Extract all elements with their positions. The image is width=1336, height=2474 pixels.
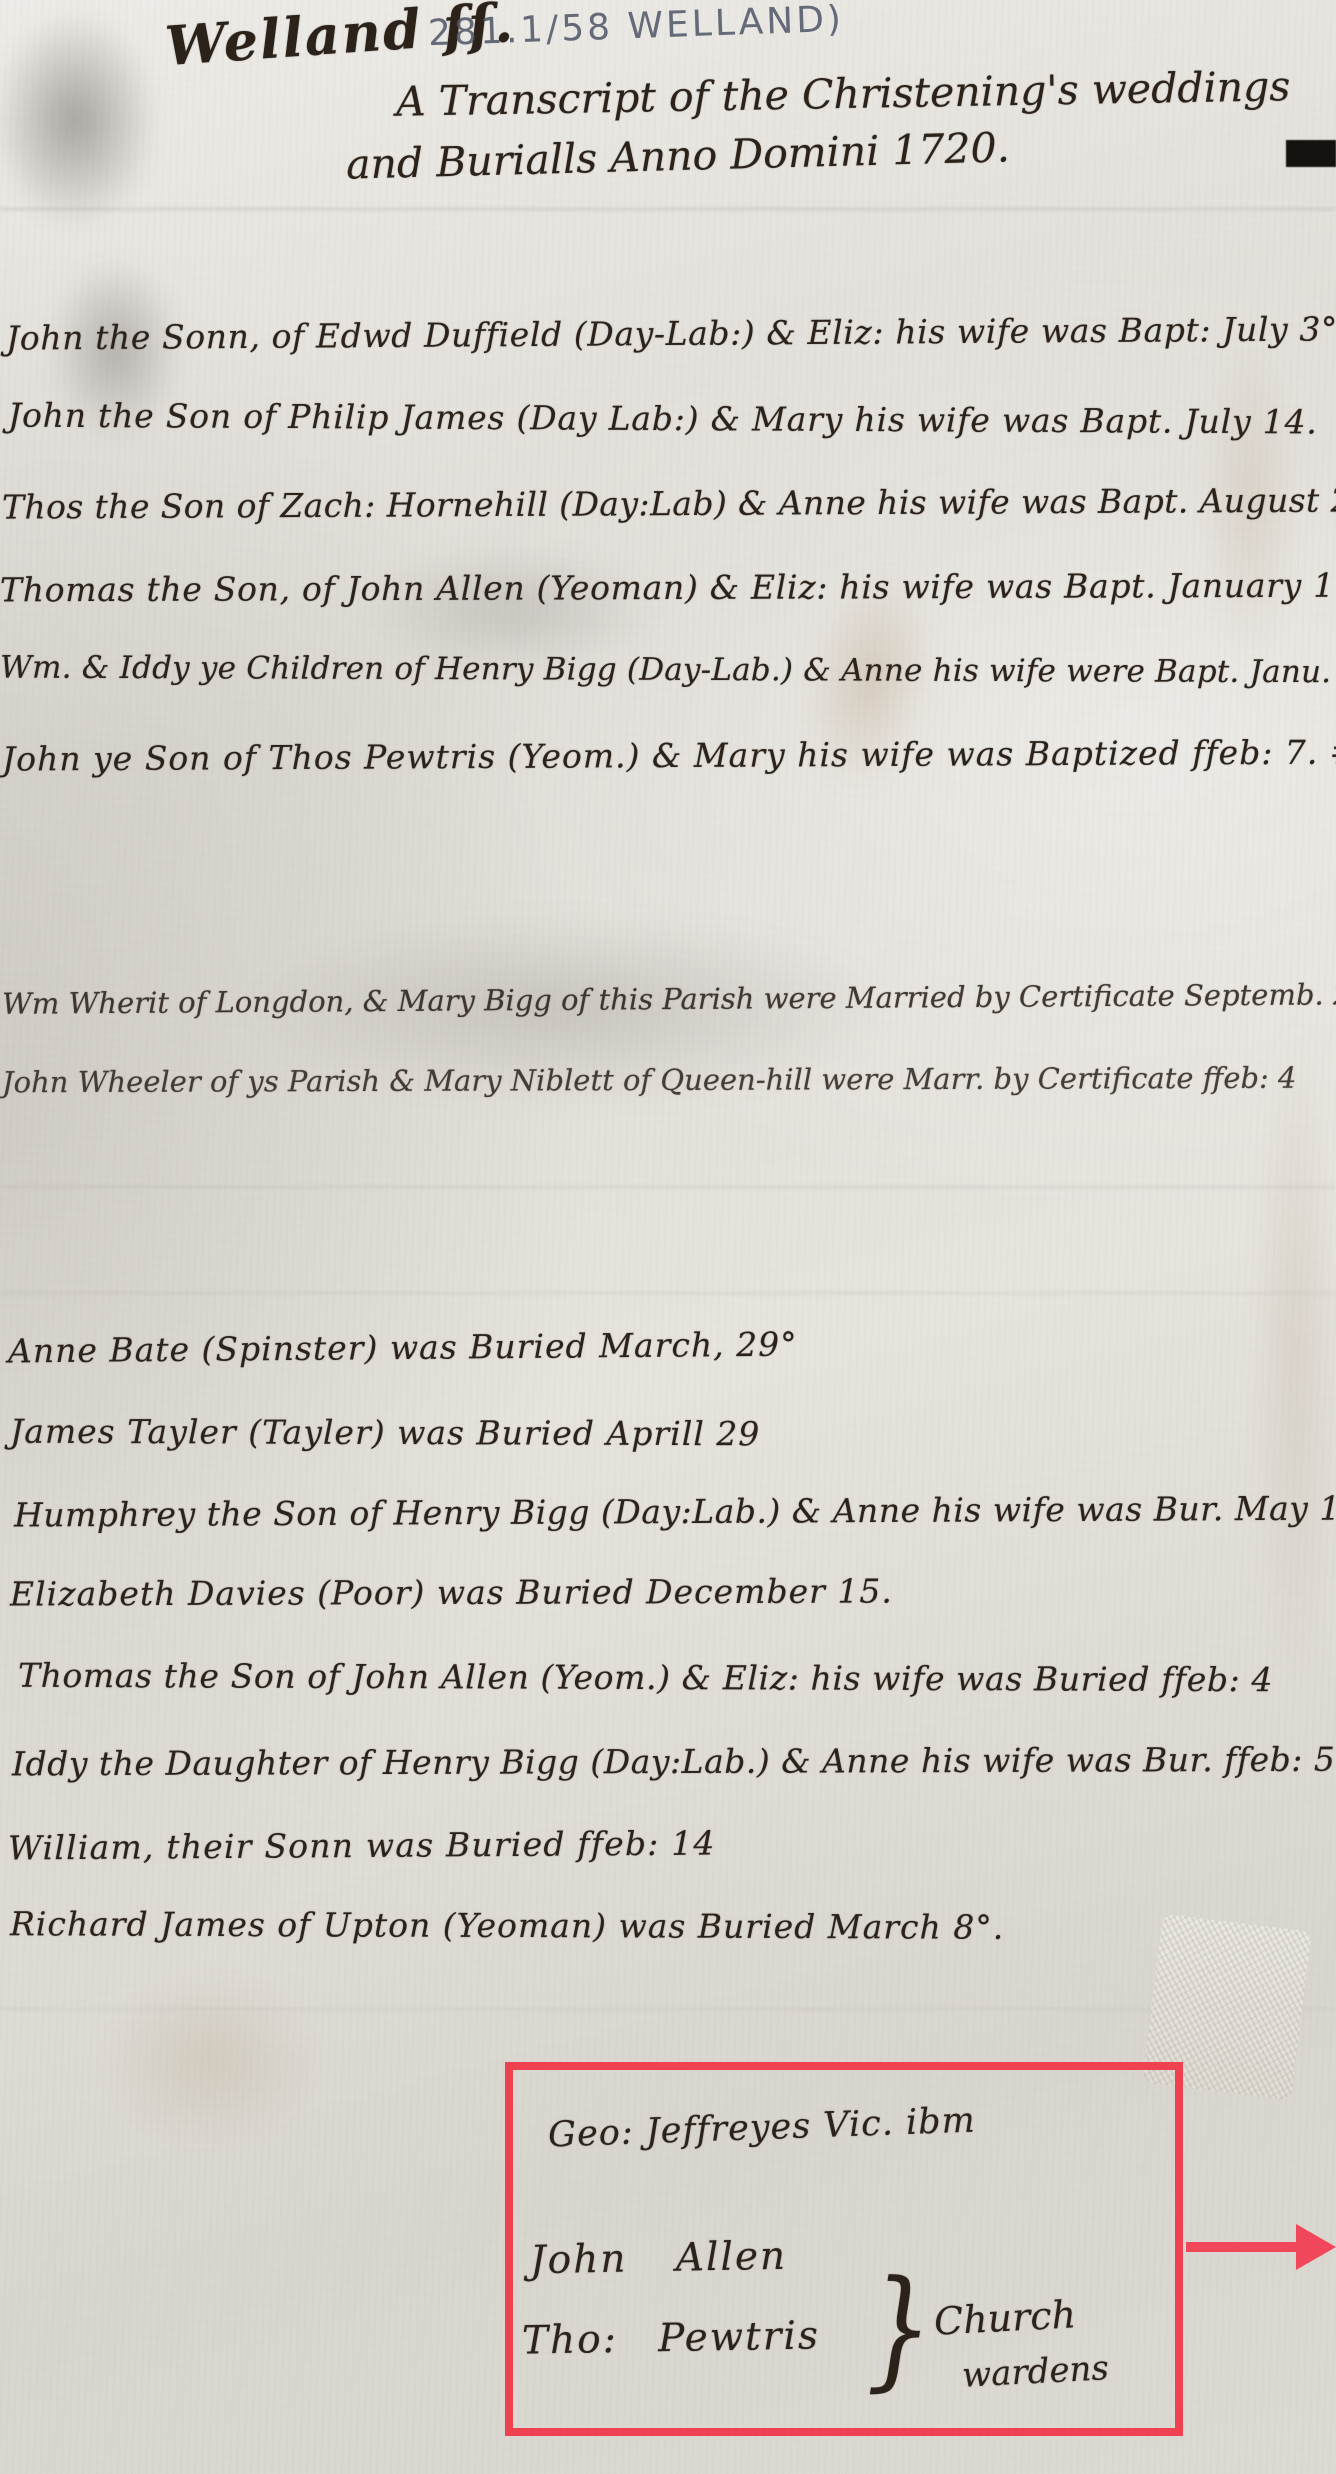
crease-line xyxy=(0,1292,1336,1296)
marriage-entry: John Wheeler of ys Parish & Mary Niblett… xyxy=(2,1061,1297,1100)
warden-signature: Tho: Pewtris xyxy=(522,2313,821,2363)
parchment-page: Welland ſſ. 281.1/58 WELLAND) A Transcri… xyxy=(0,0,1336,2474)
baptism-entry: Thomas the Son, of John Allen (Yeoman) &… xyxy=(0,566,1336,610)
stain xyxy=(60,1940,360,2180)
crease-line xyxy=(0,208,1336,212)
baptism-entry: Thos the Son of Zach: Hornehill (Day:Lab… xyxy=(2,480,1336,526)
baptism-entry: Wm. & Iddy ye Children of Henry Bigg (Da… xyxy=(0,650,1336,691)
crease-line xyxy=(0,2008,1336,2012)
signature-brace: } xyxy=(866,2252,932,2404)
burial-entry: Anne Bate (Spinster) was Buried March, 2… xyxy=(8,1325,798,1371)
baptism-entry: John the Son of Philip James (Day Lab:) … xyxy=(8,396,1318,442)
marriage-entry: Wm Wherit of Longdon, & Mary Bigg of thi… xyxy=(2,977,1336,1021)
baptism-entry: John the Sonn, of Edwd Duffield (Day-Lab… xyxy=(6,309,1336,357)
burial-entry: Humphrey the Son of Henry Bigg (Day:Lab.… xyxy=(14,1488,1336,1534)
crease-line xyxy=(0,1186,1336,1190)
annotation-arrow xyxy=(1186,2242,1302,2252)
warden-signature: John Allen xyxy=(530,2234,788,2283)
burial-entry: Iddy the Daughter of Henry Bigg (Day:Lab… xyxy=(12,1740,1336,1784)
burial-entry: William, their Sonn was Buried ffeb: 14 xyxy=(8,1824,716,1868)
burial-entry: James Tayler (Tayler) was Buried Aprill … xyxy=(10,1412,760,1454)
dark-edge-mark xyxy=(1286,140,1336,167)
baptism-entry: John ye Son of Thos Pewtris (Yeom.) & Ma… xyxy=(2,732,1336,778)
title-line-1: A Transcript of the Christening's weddin… xyxy=(396,62,1291,126)
wardens-role-line1: Church xyxy=(933,2292,1077,2343)
title-line-2: and Burialls Anno Domini 1720. xyxy=(345,123,1010,188)
burial-entry: Elizabeth Davies (Poor) was Buried Decem… xyxy=(10,1571,893,1613)
ink-smudge xyxy=(0,0,190,270)
burial-entry: Thomas the Son of John Allen (Yeom.) & E… xyxy=(18,1656,1273,1699)
wardens-role-line2: wardens xyxy=(961,2348,1110,2396)
burial-entry: Richard James of Upton (Yeoman) was Buri… xyxy=(10,1904,1004,1946)
annotation-arrow-head xyxy=(1296,2224,1336,2270)
